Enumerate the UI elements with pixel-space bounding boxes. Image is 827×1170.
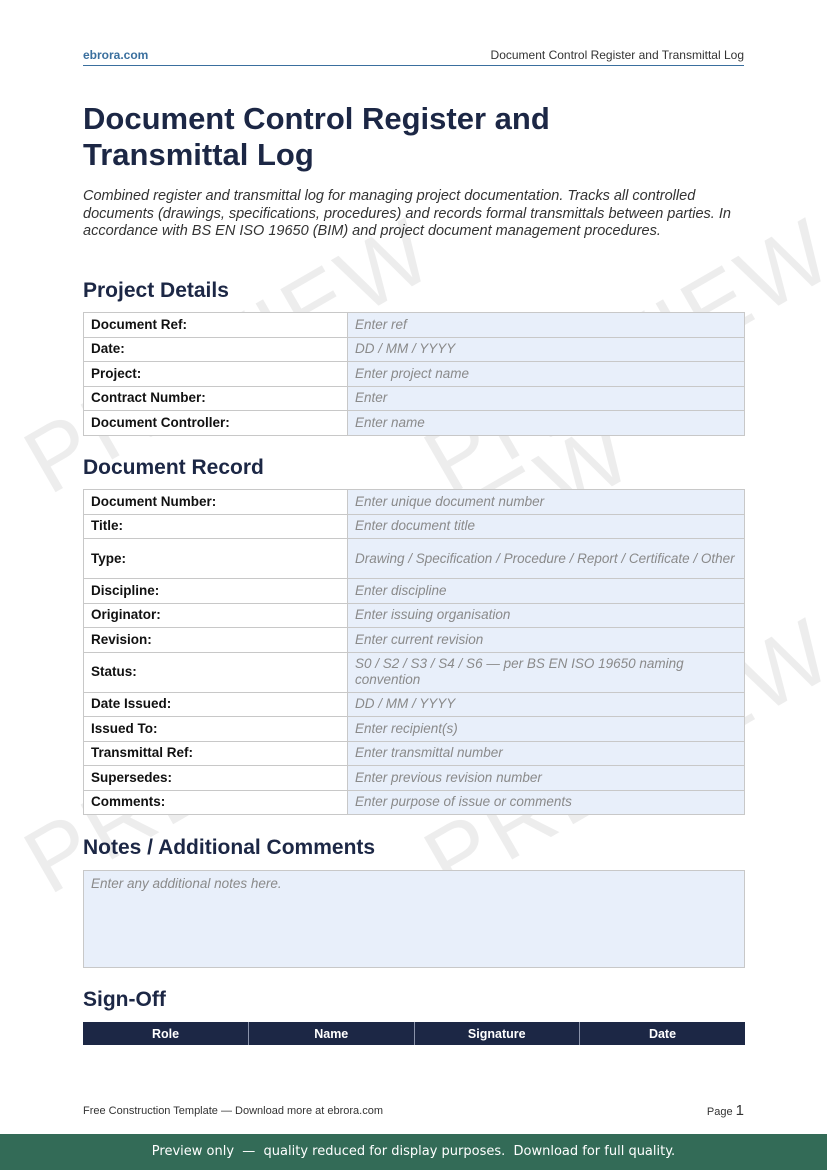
field-label: Supersedes:: [84, 766, 348, 791]
header-doc-title: Document Control Register and Transmitta…: [491, 48, 744, 62]
date-issued-field[interactable]: DD / MM / YYYY: [348, 692, 745, 717]
title-field[interactable]: Enter document title: [348, 514, 745, 539]
document-record-table: Document Number: Enter unique document n…: [83, 489, 745, 815]
field-label: Date Issued:: [84, 692, 348, 717]
document-number-field[interactable]: Enter unique document number: [348, 490, 745, 515]
field-label: Document Ref:: [84, 313, 348, 338]
table-row: Date: DD / MM / YYYY: [84, 337, 745, 362]
table-row: Transmittal Ref: Enter transmittal numbe…: [84, 741, 745, 766]
table-row: Comments: Enter purpose of issue or comm…: [84, 790, 745, 815]
project-field[interactable]: Enter project name: [348, 362, 745, 387]
notes-heading: Notes / Additional Comments: [83, 836, 375, 860]
field-label: Discipline:: [84, 579, 348, 604]
brand-link[interactable]: ebrora.com: [83, 48, 148, 62]
field-label: Contract Number:: [84, 386, 348, 411]
field-label: Date:: [84, 337, 348, 362]
field-label: Originator:: [84, 603, 348, 628]
field-label: Document Number:: [84, 490, 348, 515]
field-label: Transmittal Ref:: [84, 741, 348, 766]
footer-text: Free Construction Template — Download mo…: [83, 1105, 383, 1117]
status-field[interactable]: S0 / S2 / S3 / S4 / S6 — per BS EN ISO 1…: [348, 652, 745, 692]
field-label: Issued To:: [84, 717, 348, 742]
table-row: Status: S0 / S2 / S3 / S4 / S6 — per BS …: [84, 652, 745, 692]
date-field[interactable]: DD / MM / YYYY: [348, 337, 745, 362]
type-field[interactable]: Drawing / Specification / Procedure / Re…: [348, 539, 745, 579]
notes-textarea[interactable]: Enter any additional notes here.: [83, 870, 745, 968]
table-row: Date Issued: DD / MM / YYYY: [84, 692, 745, 717]
page-indicator: Page 1: [707, 1102, 744, 1119]
column-header-name: Name: [249, 1022, 415, 1045]
revision-field[interactable]: Enter current revision: [348, 628, 745, 653]
document-controller-field[interactable]: Enter name: [348, 411, 745, 436]
field-label: Comments:: [84, 790, 348, 815]
table-row: Discipline: Enter discipline: [84, 579, 745, 604]
issued-to-field[interactable]: Enter recipient(s): [348, 717, 745, 742]
table-row: Title: Enter document title: [84, 514, 745, 539]
table-row: Project: Enter project name: [84, 362, 745, 387]
field-label: Revision:: [84, 628, 348, 653]
field-label: Title:: [84, 514, 348, 539]
project-details-table: Document Ref: Enter ref Date: DD / MM / …: [83, 312, 745, 436]
column-header-date: Date: [580, 1022, 746, 1045]
signoff-table: Role Name Signature Date: [83, 1022, 745, 1045]
document-record-heading: Document Record: [83, 456, 264, 480]
page-label: Page: [707, 1106, 733, 1118]
page-number: 1: [736, 1102, 744, 1119]
table-row: Document Number: Enter unique document n…: [84, 490, 745, 515]
supersedes-field[interactable]: Enter previous revision number: [348, 766, 745, 791]
table-row: Document Controller: Enter name: [84, 411, 745, 436]
table-row: Revision: Enter current revision: [84, 628, 745, 653]
contract-number-field[interactable]: Enter: [348, 386, 745, 411]
page-header: ebrora.com Document Control Register and…: [83, 48, 744, 66]
table-row: Originator: Enter issuing organisation: [84, 603, 745, 628]
table-row: Issued To: Enter recipient(s): [84, 717, 745, 742]
field-label: Document Controller:: [84, 411, 348, 436]
column-header-signature: Signature: [414, 1022, 580, 1045]
signoff-heading: Sign-Off: [83, 988, 166, 1012]
transmittal-ref-field[interactable]: Enter transmittal number: [348, 741, 745, 766]
column-header-role: Role: [83, 1022, 249, 1045]
originator-field[interactable]: Enter issuing organisation: [348, 603, 745, 628]
field-label: Status:: [84, 652, 348, 692]
intro-text: Combined register and transmittal log fo…: [83, 188, 743, 241]
field-label: Project:: [84, 362, 348, 387]
document-ref-field[interactable]: Enter ref: [348, 313, 745, 338]
comments-field[interactable]: Enter purpose of issue or comments: [348, 790, 745, 815]
table-row: Type: Drawing / Specification / Procedur…: [84, 539, 745, 579]
project-details-heading: Project Details: [83, 279, 229, 303]
preview-banner: Preview only — quality reduced for displ…: [0, 1134, 827, 1170]
table-row: Contract Number: Enter: [84, 386, 745, 411]
table-row: Supersedes: Enter previous revision numb…: [84, 766, 745, 791]
discipline-field[interactable]: Enter discipline: [348, 579, 745, 604]
field-label: Type:: [84, 539, 348, 579]
page-title: Document Control Register and Transmitta…: [83, 101, 643, 173]
table-row: Document Ref: Enter ref: [84, 313, 745, 338]
